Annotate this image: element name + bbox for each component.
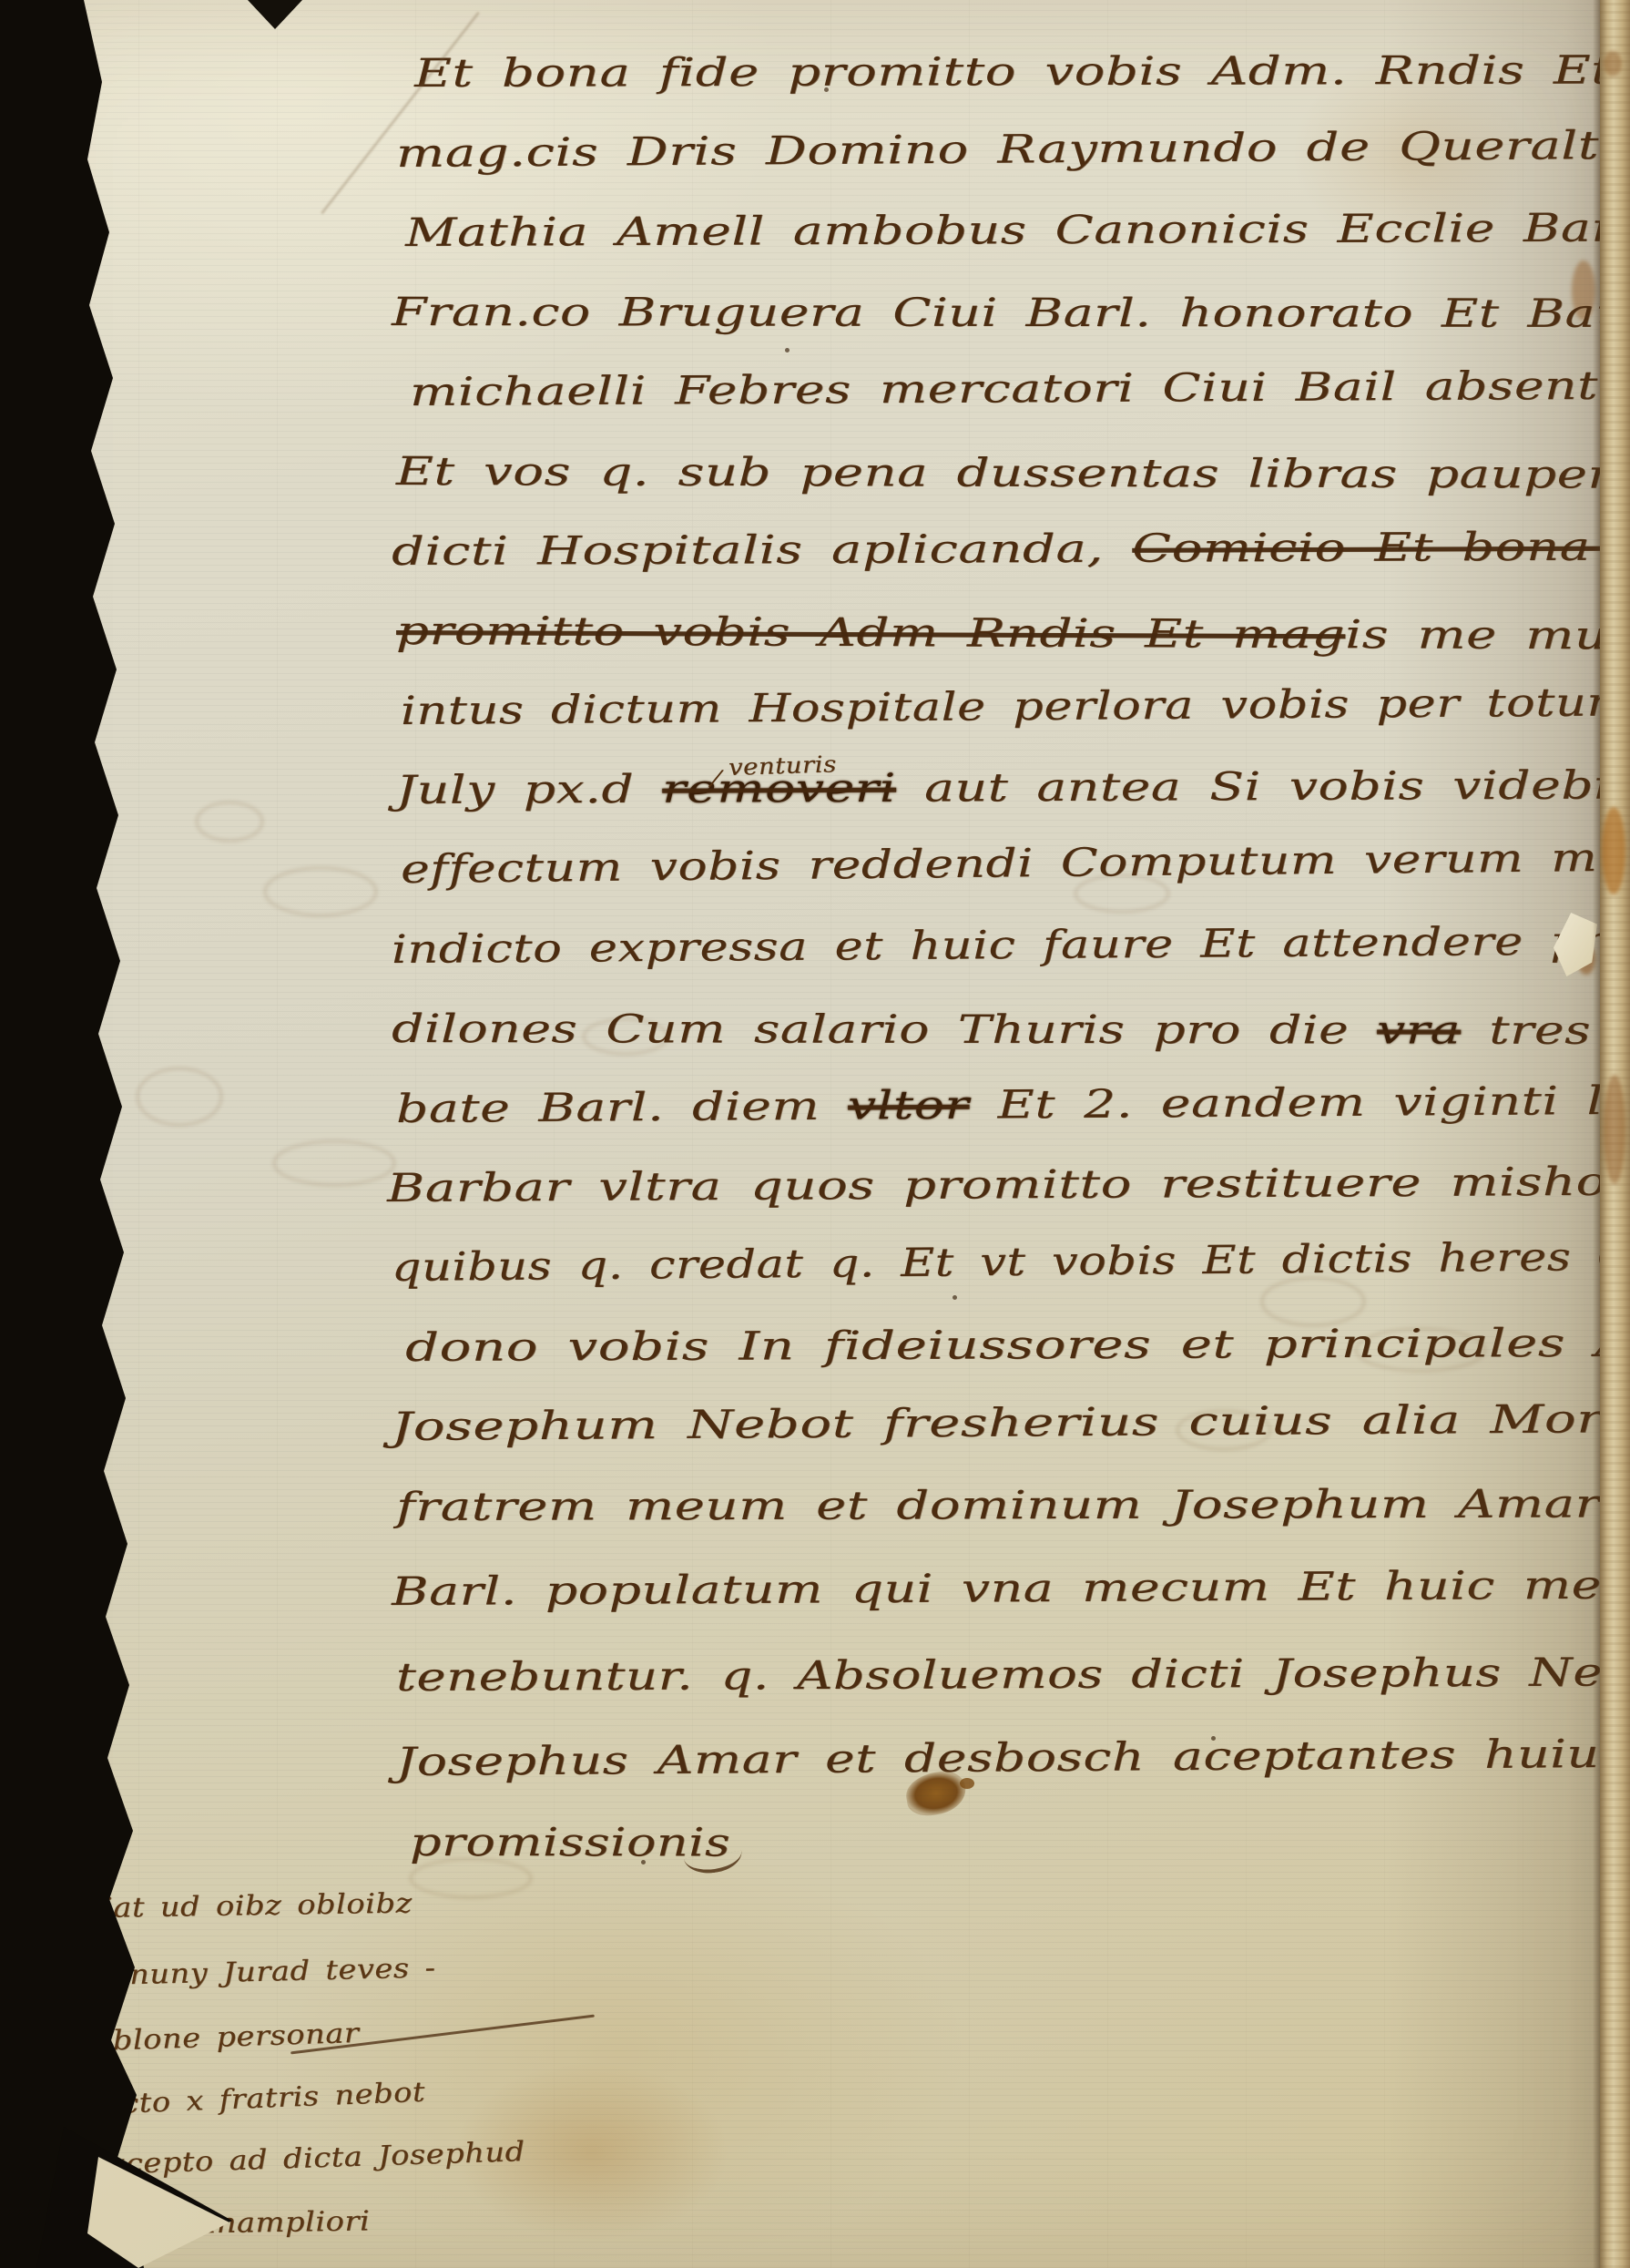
manuscript-line: promissionis [410, 1820, 730, 1865]
text-segment: Et bona fide promitto vobis Adm. Rndis E… [414, 47, 1613, 97]
text-segment: July px.d [396, 767, 663, 813]
text-segment: Et 2. eandem viginti libror [969, 1078, 1630, 1129]
margin-note-line: dicto x fratris nebot [90, 2077, 426, 2121]
struck-text-segment: promitto vobis Adm Rndis Et mag [396, 608, 1346, 658]
text-segment: Mathia Amell ambobus Canonicis Ecclie Ba… [405, 205, 1630, 256]
text-segment: indicto expressa et huic faure Et attend… [392, 916, 1630, 973]
manuscript-line: Josephum Nebot fresherius cuius alia Mor… [392, 1395, 1630, 1450]
manuscript-line: dicti Hospitalis aplicanda, Comicio Et b… [392, 524, 1630, 575]
manuscript-line: Barbar vltra quos promitto restituere mi… [387, 1158, 1630, 1211]
text-segment: Josephus Amar et desbosch aceptantes hui… [396, 1730, 1630, 1785]
manuscript-line: intus dictum Hospitale perlora vobis per… [401, 678, 1630, 734]
text-segment: dicti Hospitalis aplicanda, [392, 526, 1133, 575]
manuscript-line: Et bona fide promitto vobis Adm. Rndis E… [414, 47, 1613, 97]
text-segment: tenebuntur. q. Absoluemos dicti Josephus… [396, 1649, 1630, 1701]
foxing-spot [1604, 1075, 1625, 1184]
bleed-through-ghost [1261, 1277, 1365, 1326]
manuscript-line: michaelli Febres mercatori Ciui Bail abs… [410, 363, 1630, 415]
book-fore-edge [1600, 0, 1630, 2268]
text-segment: Barl. populatum qui vna mecum Et huic me… [392, 1561, 1630, 1615]
text-segment: Barbar vltra quos promitto restituere mi… [387, 1158, 1630, 1211]
bleed-through-ghost [196, 802, 263, 842]
manuscript-line: indicto expressa et huic faure Et attend… [392, 916, 1630, 973]
manuscript-page: Et bona fide promitto vobis Adm. Rndis E… [0, 0, 1630, 2268]
manuscript-line: July px.d removeri aut antea Si vobis vi… [396, 762, 1630, 813]
struck-text-segment: Comicio Et bona fide [1132, 524, 1630, 572]
text-segment: promissionis [410, 1820, 730, 1865]
ink-speck [785, 348, 790, 352]
manuscript-line: Et vos q. sub pena dussentas libras paup… [396, 449, 1630, 498]
manuscript-line: bate Barl. diem vltor Et 2. eandem vigin… [396, 1078, 1630, 1132]
text-segment: michaelli Febres mercatori Ciui Bail abs… [410, 363, 1630, 415]
text-segment: aut antea Si vobis videbitur ad [896, 762, 1630, 812]
ink-blot [960, 1778, 974, 1789]
foxing-spot [1604, 51, 1622, 77]
text-segment: quibus q. credat q. Et vt vobis Et dicti… [392, 1232, 1630, 1291]
paper-laid-texture [0, 0, 1630, 2268]
bleed-through-ghost [264, 867, 377, 916]
text-segment: Et vos q. sub pena dussentas libras paup… [396, 449, 1630, 498]
text-segment: Fran.co Bruguera Ciui Barl. honorato Et … [392, 290, 1630, 337]
margin-note-line: fiat ud oibz obloibz [91, 1888, 413, 1925]
edge-shading [0, 0, 1630, 2268]
bleed-through-ghost [137, 1068, 222, 1126]
interlinear-insertion: venturis [728, 751, 837, 781]
margin-note-line: renuny Jurad teves - [95, 1952, 435, 1992]
text-segment: dono vobis In fideiussores et principale… [405, 1320, 1630, 1371]
manuscript-line: promitto vobis Adm Rndis Et magis me mut… [396, 608, 1630, 659]
text-segment: bate Barl. diem [396, 1084, 849, 1132]
margin-note-line: oblone personar [93, 2018, 360, 2058]
manuscript-line: tenebuntur. q. Absoluemos dicti Josephus… [396, 1649, 1630, 1701]
manuscript-line: dilones Cum salario Thuris pro die vra t… [392, 1006, 1630, 1054]
manuscript-line: Mathia Amell ambobus Canonicis Ecclie Ba… [405, 205, 1630, 256]
scan-background: Et bona fide promitto vobis Adm. Rndis E… [0, 0, 1630, 2268]
struck-text-segment: vra [1377, 1007, 1461, 1053]
paper-crease [321, 12, 480, 214]
text-segment: effectum vobis reddendi Computum verum m… [401, 832, 1630, 893]
manuscript-line: Barl. populatum qui vna mecum Et huic me… [392, 1561, 1630, 1615]
text-segment: dilones Cum salario Thuris pro die [392, 1006, 1377, 1053]
struck-text-segment: vltor [848, 1083, 970, 1129]
manuscript-line: fratrem meum et dominum Josephum Amar et… [396, 1480, 1630, 1530]
manuscript-line: Fran.co Bruguera Ciui Barl. honorato Et … [392, 290, 1630, 337]
manuscript-line: mag.cis Dris Domino Raymundo de Queralt … [396, 122, 1630, 177]
foxing-spot [1602, 807, 1625, 894]
ink-speck [953, 1295, 957, 1300]
bleed-through-ghost [273, 1140, 395, 1186]
text-segment: intus dictum Hospitale perlora vobis per… [401, 678, 1630, 734]
manuscript-line: dono vobis In fideiussores et principale… [405, 1320, 1630, 1371]
text-segment: mag.cis Dris Domino Raymundo de Queralt … [396, 122, 1630, 177]
text-segment: fratrem meum et dominum Josephum Amar et… [396, 1480, 1630, 1530]
text-segment: Josephum Nebot fresherius cuius alia Mor… [392, 1395, 1630, 1450]
manuscript-line: quibus q. credat q. Et vt vobis Et dicti… [392, 1232, 1630, 1291]
page-edge-shadow [1593, 0, 1600, 2268]
manuscript-line: effectum vobis reddendi Computum verum m… [401, 832, 1630, 893]
text-segment: is me mutabo [1345, 612, 1630, 659]
margin-note-line: excepto ad dicta Josephud [88, 2136, 525, 2181]
manuscript-line: Josephus Amar et desbosch aceptantes hui… [396, 1730, 1630, 1785]
